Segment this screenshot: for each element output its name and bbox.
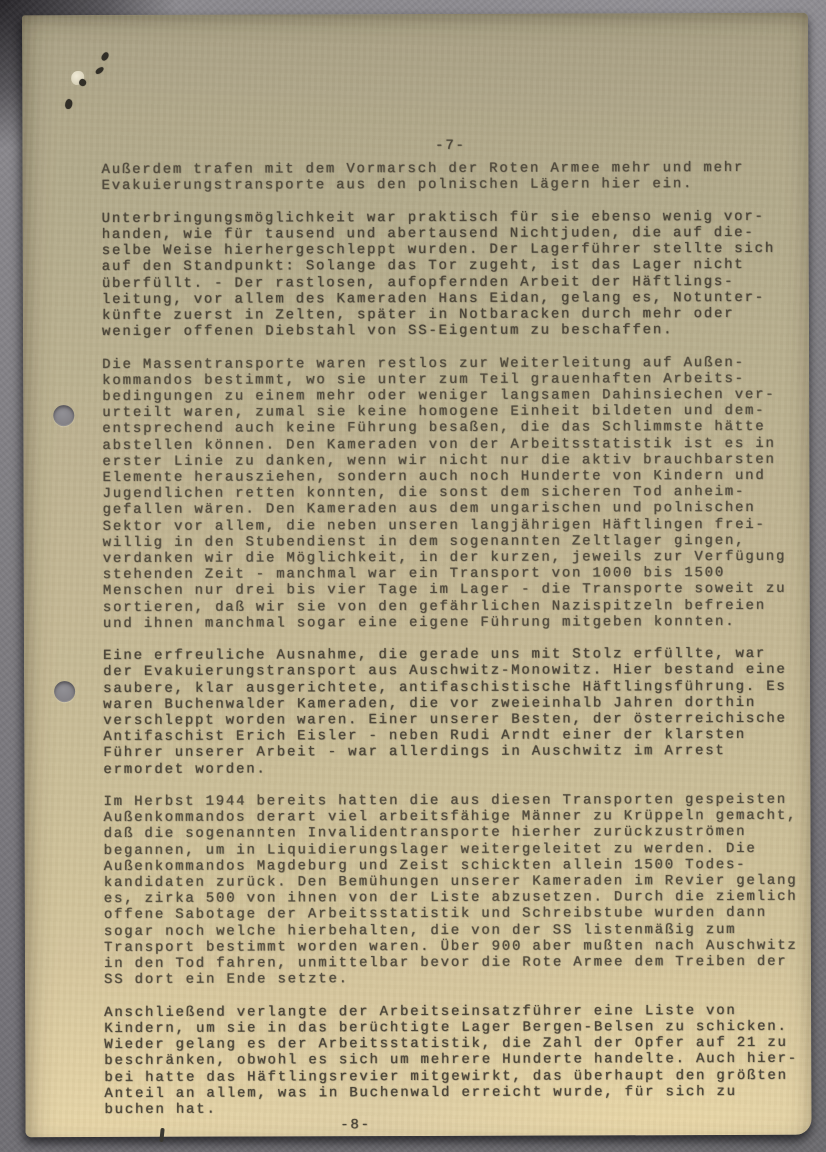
ink-spot (95, 66, 105, 75)
page-number-top: -7- (101, 137, 815, 155)
scan-background: -7- Außerdem trafen mit dem Vormarsch de… (0, 0, 826, 1152)
paragraph-accommodation: Unterbringungsmöglichkeit war praktisch … (102, 209, 816, 341)
paragraph-herbst-1944: Im Herbst 1944 bereits hatten die aus di… (103, 792, 818, 989)
ink-spot (64, 98, 73, 109)
paragraph-mass-transports: Die Massentransporte waren restlos zur W… (102, 354, 817, 632)
paragraph-children-list: Anschließend verlangte der Arbeitseinsat… (104, 1002, 818, 1118)
ink-spot (78, 78, 87, 87)
ink-spot (159, 1128, 164, 1142)
paragraph-auschwitz-monowitz: Eine erfreuliche Ausnahme, die gerade un… (103, 646, 817, 778)
ink-spot (100, 51, 110, 62)
punch-hole (54, 681, 75, 702)
page-number-bottom: -8- (104, 1116, 818, 1134)
document-page: -7- Außerdem trafen mit dem Vormarsch de… (22, 13, 812, 1137)
paragraph-evacuation-transports: Außerdem trafen mit dem Vormarsch der Ro… (101, 160, 815, 195)
punch-hole (53, 405, 74, 426)
typewritten-text-block: -7- Außerdem trafen mit dem Vormarsch de… (101, 137, 818, 1135)
